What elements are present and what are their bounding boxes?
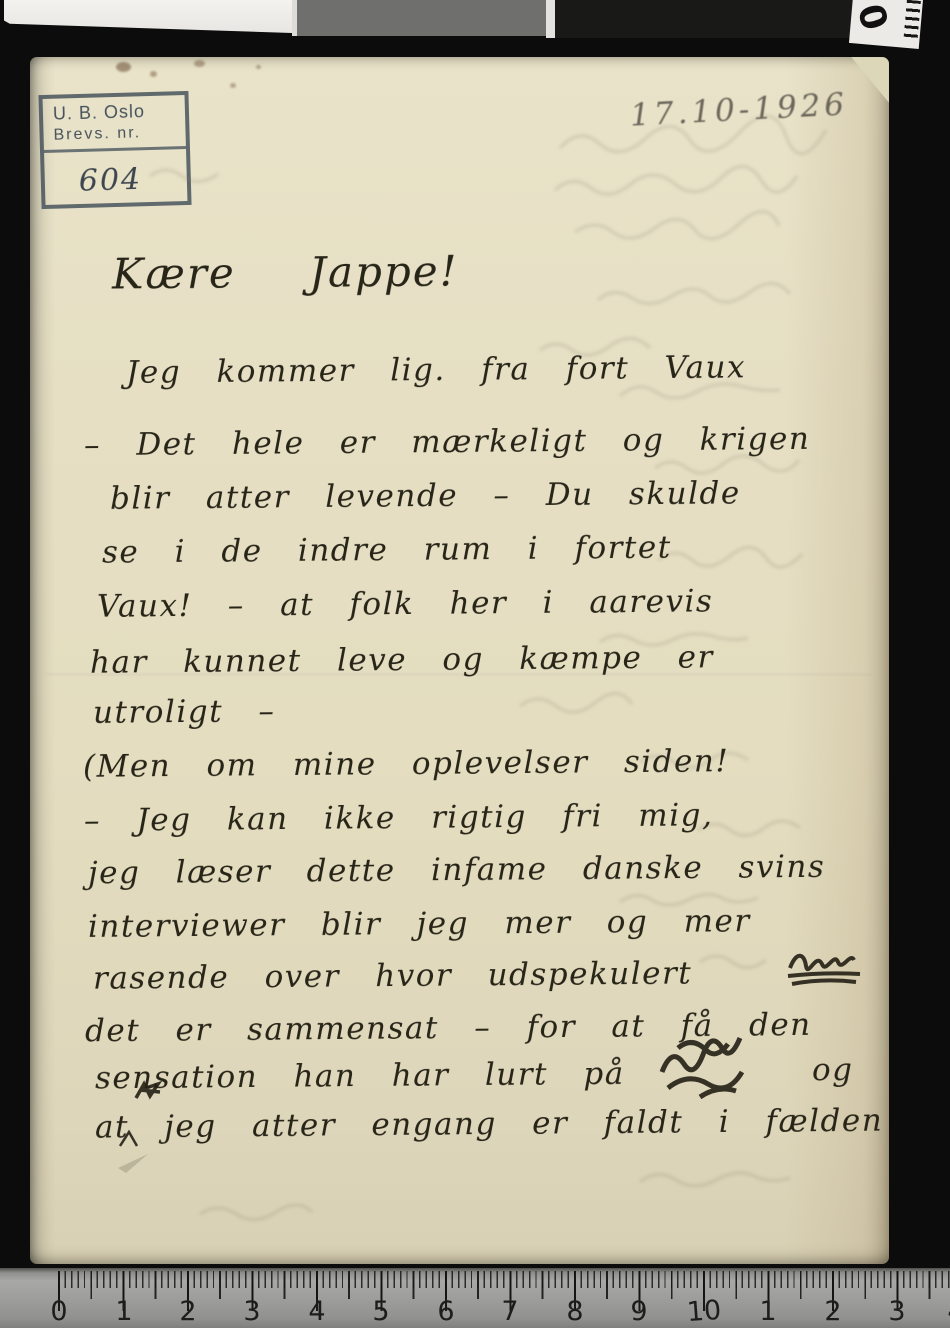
library-stamp: U. B. Oslo Brevs. nr. 604 [38, 91, 191, 209]
ruler-number: 2 [824, 1296, 841, 1327]
stamp-number: 604 [44, 149, 187, 200]
letter-line: utroligt – [93, 693, 276, 731]
ruler-end-zero-label: 0 [849, 0, 895, 35]
corner-fold [843, 57, 889, 109]
ruler-number: 9 [630, 1296, 647, 1327]
ruler-number: 3 [243, 1296, 260, 1327]
archival-photo-of-letter: { "scan": { "background_color": "#0c0c0c… [0, 0, 950, 1328]
ruler-number: 10 [686, 1295, 722, 1328]
letter-line: sensation han har lurt på [95, 1056, 625, 1097]
letter-line: (Men om mine oplevelser siden! [83, 743, 730, 785]
letter-line: blir atter levende – Du skulde [110, 475, 741, 517]
letter-line: se i de indre rum i fortet [102, 530, 672, 571]
letter-line: – Det hele er mærkeligt og krigen [84, 421, 811, 463]
ruler-number: 1 [115, 1296, 132, 1327]
foxing-spot [194, 60, 205, 67]
ruler-number: 2 [179, 1296, 196, 1327]
ruler-number: 1 [759, 1296, 776, 1327]
ruler-number: 8 [566, 1296, 583, 1327]
stamp-institution: U. B. Oslo [43, 95, 186, 125]
foxing-spot [150, 71, 157, 77]
salutation: Kære Jappe! [112, 246, 459, 298]
ruler-end-ticks [903, 0, 921, 43]
grayscale-gray-patch [292, 0, 551, 36]
ruler-number: 7 [501, 1296, 518, 1327]
ruler-number: 3 [888, 1296, 905, 1327]
ruler-number: 6 [437, 1296, 454, 1327]
letter-line: – Jeg kan ikke rigtig fri mig, [84, 797, 714, 838]
foxing-spot [230, 83, 236, 88]
ruler-end-card: 0 [849, 0, 923, 49]
stamp-series: Brevs. nr. [43, 121, 186, 153]
letter-line: har kunnet leve og kæmpe er [90, 639, 714, 680]
letter-line: rasende over hvor udspekulert [93, 955, 693, 996]
measuring-ruler: 0 1 2 3 4 5 6 7 8 9 10 1 2 3 4 [0, 1268, 950, 1328]
foxing-spot [116, 62, 131, 72]
grayscale-white-patch [4, 0, 292, 33]
grayscale-black-patch [546, 0, 865, 38]
letter-line: Jeg kommer lig. fra fort Vaux [126, 349, 746, 390]
ruler-number: 4 [308, 1296, 325, 1327]
letter-line: det er sammensat – for at få den [85, 1007, 812, 1049]
letter-line: jeg læser dette infame danske svins [88, 849, 826, 891]
ruler-number: 5 [372, 1296, 389, 1327]
letter-line: interviewer blir jeg mer og mer [88, 903, 751, 945]
foxing-spot [256, 65, 261, 69]
letter-line: og [812, 1052, 854, 1088]
letter-line: Vaux! – at folk her i aarevis [97, 583, 714, 624]
letter-line: at jeg atter engang er faldt i fælden [95, 1103, 883, 1146]
ruler-number: 0 [50, 1296, 67, 1327]
